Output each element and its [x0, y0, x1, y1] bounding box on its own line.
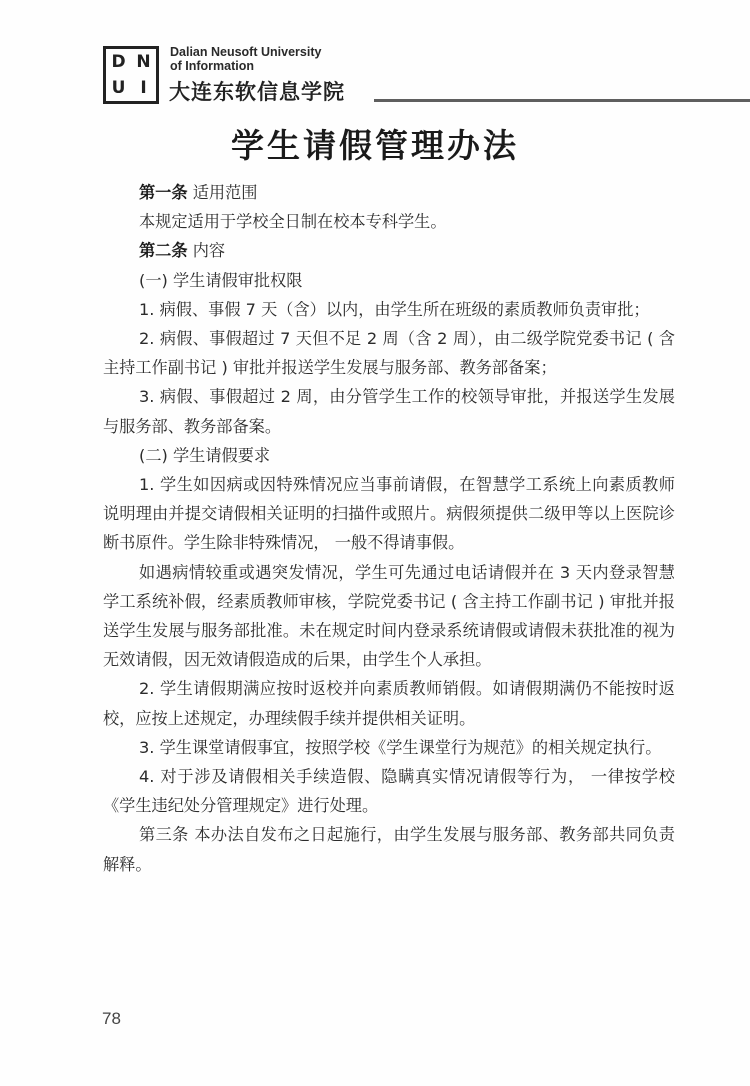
logo-letter-u: U — [112, 80, 126, 97]
section2-item-1: 1. 学生如因病或因特殊情况应当事前请假，在智慧学工系统上向素质教师说明理由并提… — [103, 470, 675, 558]
document-page: D N U I Dalian Neusoft University of Inf… — [0, 0, 750, 1086]
header-divider — [374, 99, 750, 102]
section2-title: (二) 学生请假要求 — [103, 441, 675, 470]
article2-heading: 第二条 内容 — [103, 236, 675, 265]
university-name-en-line2: of Information — [170, 59, 321, 73]
section1-item-3: 3. 病假、事假超过 2 周，由分管学生工作的校领导审批，并报送学生发展与服务部… — [103, 382, 675, 440]
logo-letter-i: I — [140, 80, 146, 97]
section2-item-1-continued: 如遇病情较重或遇突发情况，学生可先通过电话请假并在 3 天内登录智慧学工系统补假… — [103, 558, 675, 675]
document-body: 第一条 适用范围 本规定适用于学校全日制在校本专科学生。 第二条 内容 (一) … — [103, 178, 675, 879]
section1-item-2: 2. 病假、事假超过 7 天但不足 2 周（含 2 周），由二级学院党委书记 (… — [103, 324, 675, 382]
logo-letter-d: D — [111, 54, 125, 71]
article1-label: 第一条 — [139, 183, 188, 202]
document-title: 学生请假管理办法 — [0, 124, 750, 168]
section2-item-4: 4. 对于涉及请假相关手续造假、隐瞒真实情况请假等行为， 一律按学校 《学生违纪… — [103, 762, 675, 820]
university-name-en-line1: Dalian Neusoft University — [170, 45, 321, 59]
article1-heading: 第一条 适用范围 — [103, 178, 675, 207]
article2-heading-text: 内容 — [193, 241, 225, 260]
section2-item-3: 3. 学生课堂请假事宜，按照学校《学生课堂行为规范》的相关规定执行。 — [103, 733, 675, 762]
university-name-english: Dalian Neusoft University of Information — [170, 45, 321, 73]
article2-label: 第二条 — [139, 241, 188, 260]
section2-item-2: 2. 学生请假期满应按时返校并向素质教师销假。如请假期满仍不能按时返校，应按上述… — [103, 674, 675, 732]
page-number: 78 — [102, 1009, 121, 1029]
section1-title: (一) 学生请假审批权限 — [103, 266, 675, 295]
section1-item-1: 1. 病假、事假 7 天（含）以内，由学生所在班级的素质教师负责审批； — [103, 295, 675, 324]
article1-heading-text: 适用范围 — [193, 183, 258, 202]
university-name-chinese: 大连东软信息学院 — [169, 80, 345, 104]
logo-letter-n: N — [136, 54, 150, 71]
article1-body: 本规定适用于学校全日制在校本专科学生。 — [103, 207, 675, 236]
article3: 第三条 本办法自发布之日起施行，由学生发展与服务部、教务部共同负责解释。 — [103, 820, 675, 878]
university-logo: D N U I — [103, 46, 159, 104]
